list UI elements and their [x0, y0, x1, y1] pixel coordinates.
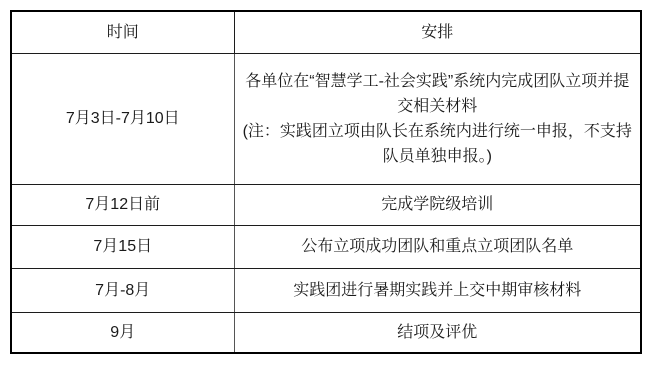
arrangement-cell: 结项及评优 [234, 312, 641, 353]
time-cell: 7月12日前 [11, 184, 234, 225]
arrangement-cell: 完成学院级培训 [234, 184, 641, 225]
column-header-time: 时间 [11, 11, 234, 53]
table-row: 7月3日-7月10日 各单位在“智慧学工-社会实践”系统内完成团队立项并提交相关… [11, 53, 641, 184]
time-cell: 9月 [11, 312, 234, 353]
table-header-row: 时间 安排 [11, 11, 641, 53]
column-header-arrangement: 安排 [234, 11, 641, 53]
arrangement-cell: 实践团进行暑期实践并上交中期审核材料 [234, 268, 641, 312]
arrangement-cell: 公布立项成功团队和重点立项团队名单 [234, 225, 641, 268]
arrangement-cell: 各单位在“智慧学工-社会实践”系统内完成团队立项并提交相关材料 (注：实践团立项… [234, 53, 641, 184]
table-row: 7月-8月 实践团进行暑期实践并上交中期审核材料 [11, 268, 641, 312]
schedule-table: 时间 安排 7月3日-7月10日 各单位在“智慧学工-社会实践”系统内完成团队立… [10, 10, 642, 354]
time-cell: 7月-8月 [11, 268, 234, 312]
arrangement-note: (注：实践团立项由队长在系统内进行统一申报，不支持队员单独申报。) [241, 119, 635, 169]
table-row: 7月12日前 完成学院级培训 [11, 184, 641, 225]
time-cell: 7月15日 [11, 225, 234, 268]
arrangement-text: 各单位在“智慧学工-社会实践”系统内完成团队立项并提交相关材料 [241, 69, 635, 119]
table-row: 9月 结项及评优 [11, 312, 641, 353]
time-cell: 7月3日-7月10日 [11, 53, 234, 184]
table-row: 7月15日 公布立项成功团队和重点立项团队名单 [11, 225, 641, 268]
